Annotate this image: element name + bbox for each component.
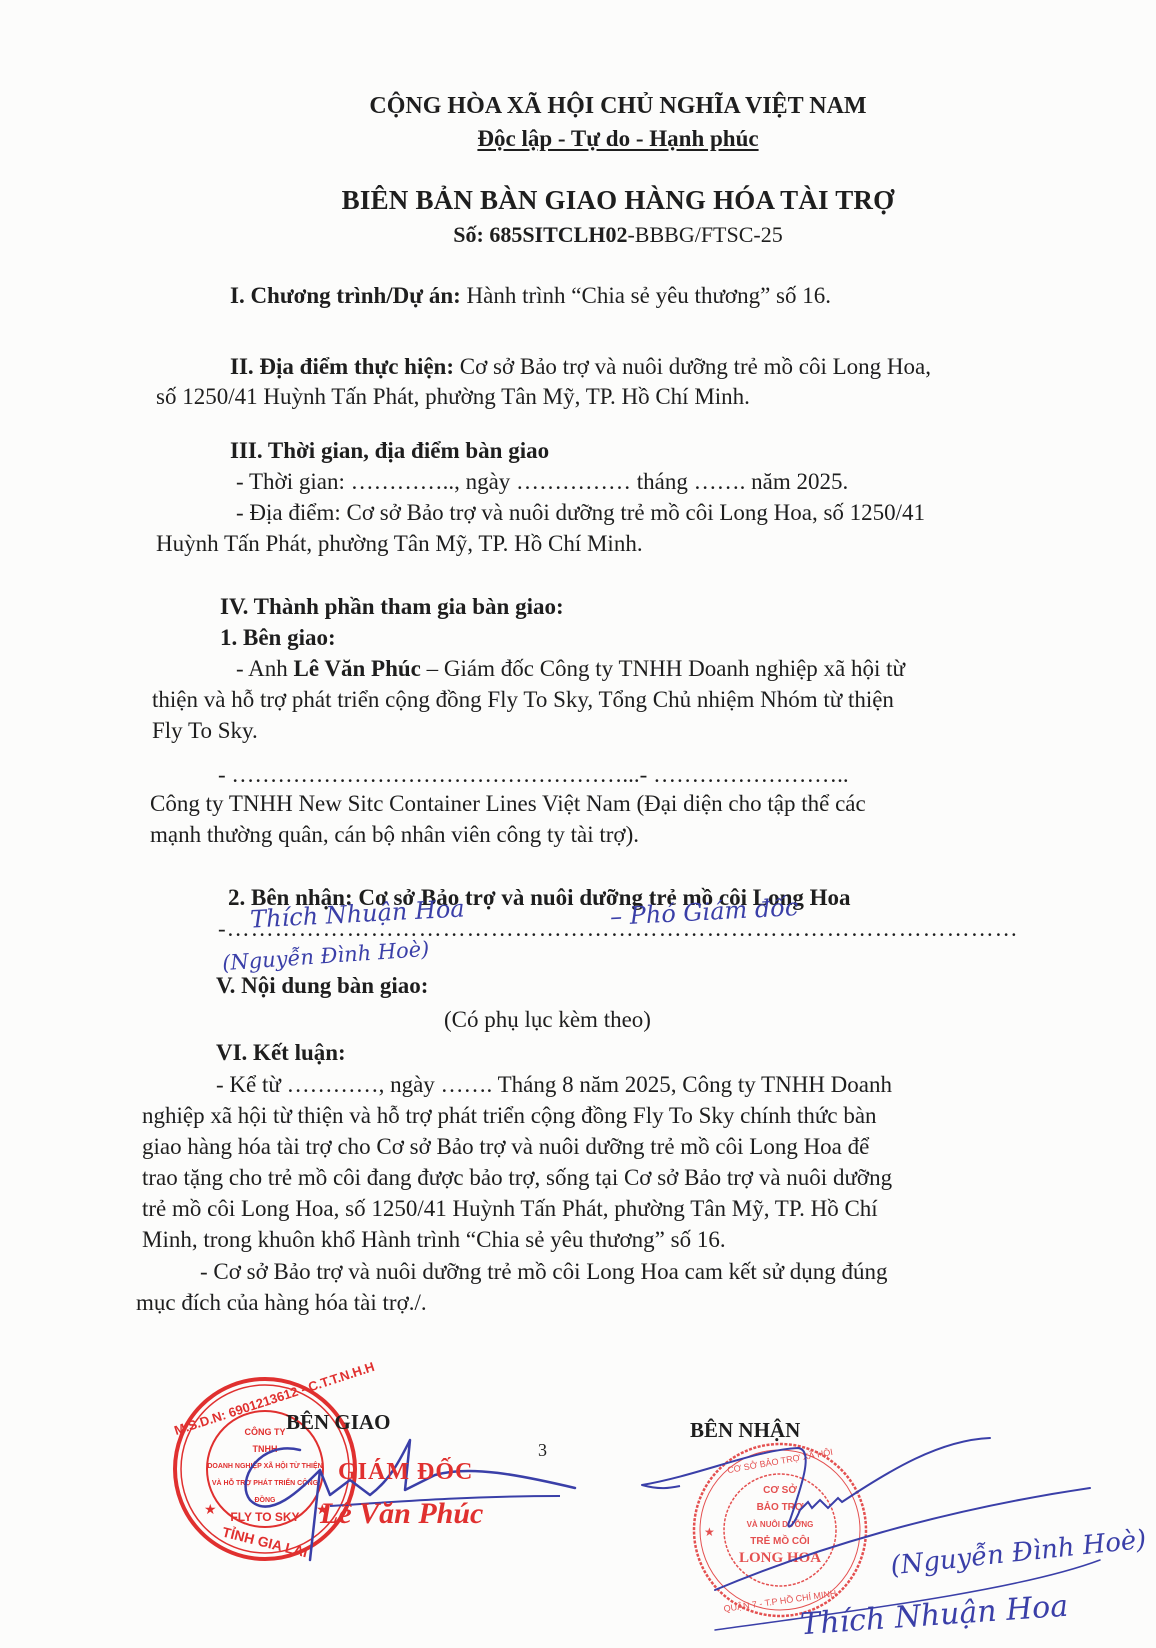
conclusion-p1-line4: trao tặng cho trẻ mồ côi đang được bảo t… [142,1162,892,1193]
section-3-time: - Thời gian: ………….., ngày …………… tháng ……… [236,466,848,497]
conclusion-p1-line1: - Kể từ …………, ngày ……. Tháng 8 năm 2025,… [216,1069,892,1100]
document-number: Số: 685SITCLH02-BBBG/FTSC-25 [40,222,1156,248]
section-3-place-line2: Huỳnh Tấn Phát, phường Tân Mỹ, TP. Hồ Ch… [156,528,643,559]
giver-title: GIÁM ĐỐC [338,1459,473,1486]
document-page: CỘNG HÒA XÃ HỘI CHỦ NGHĨA VIỆT NAM Độc l… [0,0,1156,1648]
national-motto: Độc lập - Tự do - Hạnh phúc [40,126,1156,152]
section-5-note: (Có phụ lục kèm theo) [444,1004,651,1035]
section-1: I. Chương trình/Dự án: Hành trình “Chia … [230,280,831,311]
giver1-line1: - Anh Lê Văn Phúc – Giám đốc Công ty TNH… [236,653,905,684]
section-6-heading: VI. Kết luận: [216,1037,346,1068]
giver2-line2: Công ty TNHH New Sitc Container Lines Vi… [150,788,866,819]
section-2-line2: số 1250/41 Huỳnh Tấn Phát, phường Tân Mỹ… [156,381,750,412]
section-4-heading: IV. Thành phần tham gia bàn giao: [220,591,564,622]
giver-heading: 1. Bên giao: [220,622,336,653]
section-2-heading: II. Địa điểm thực hiện: [230,354,454,379]
section-3-heading: III. Thời gian, địa điểm bàn giao [230,435,549,466]
conclusion-p1-line5: trẻ mồ côi Long Hoa, số 1250/41 Huỳnh Tấ… [142,1193,878,1224]
giver1-line2: thiện và hỗ trợ phát triển cộng đồng Fly… [152,684,894,715]
giver1-line3: Fly To Sky. [152,715,258,746]
document-title: BIÊN BẢN BÀN GIAO HÀNG HÓA TÀI TRỢ [40,185,1156,216]
conclusion-p2-line2: mục đích của hàng hóa tài trợ./. [136,1287,427,1318]
conclusion-p1-line6: Minh, trong khuôn khổ Hành trình “Chia s… [142,1224,726,1255]
section-5-heading: V. Nội dung bàn giao: [216,970,428,1001]
national-title: CỘNG HÒA XÃ HỘI CHỦ NGHĨA VIỆT NAM [40,93,1156,120]
conclusion-p1-line3: giao hàng hóa tài trợ cho Cơ sở Bảo trợ … [142,1131,869,1162]
page-number: 3 [538,1440,547,1461]
giver-name: Lê Văn Phúc [320,1497,483,1531]
conclusion-p1-line2: nghiệp xã hội từ thiện và hỗ trợ phát tr… [142,1100,877,1131]
giver2-line1: - ……………………………………………...- …………………….. [218,759,849,790]
section-3-place-line1: - Địa điểm: Cơ sở Bảo trợ và nuôi dưỡng … [236,497,925,528]
section-1-heading: I. Chương trình/Dự án: [230,283,461,308]
section-2-line1: II. Địa điểm thực hiện: Cơ sở Bảo trợ và… [230,351,931,382]
giver2-line3: mạnh thường quân, cán bộ nhân viên công … [150,819,639,850]
conclusion-p2-line1: - Cơ sở Bảo trợ và nuôi dưỡng trẻ mồ côi… [200,1256,887,1287]
